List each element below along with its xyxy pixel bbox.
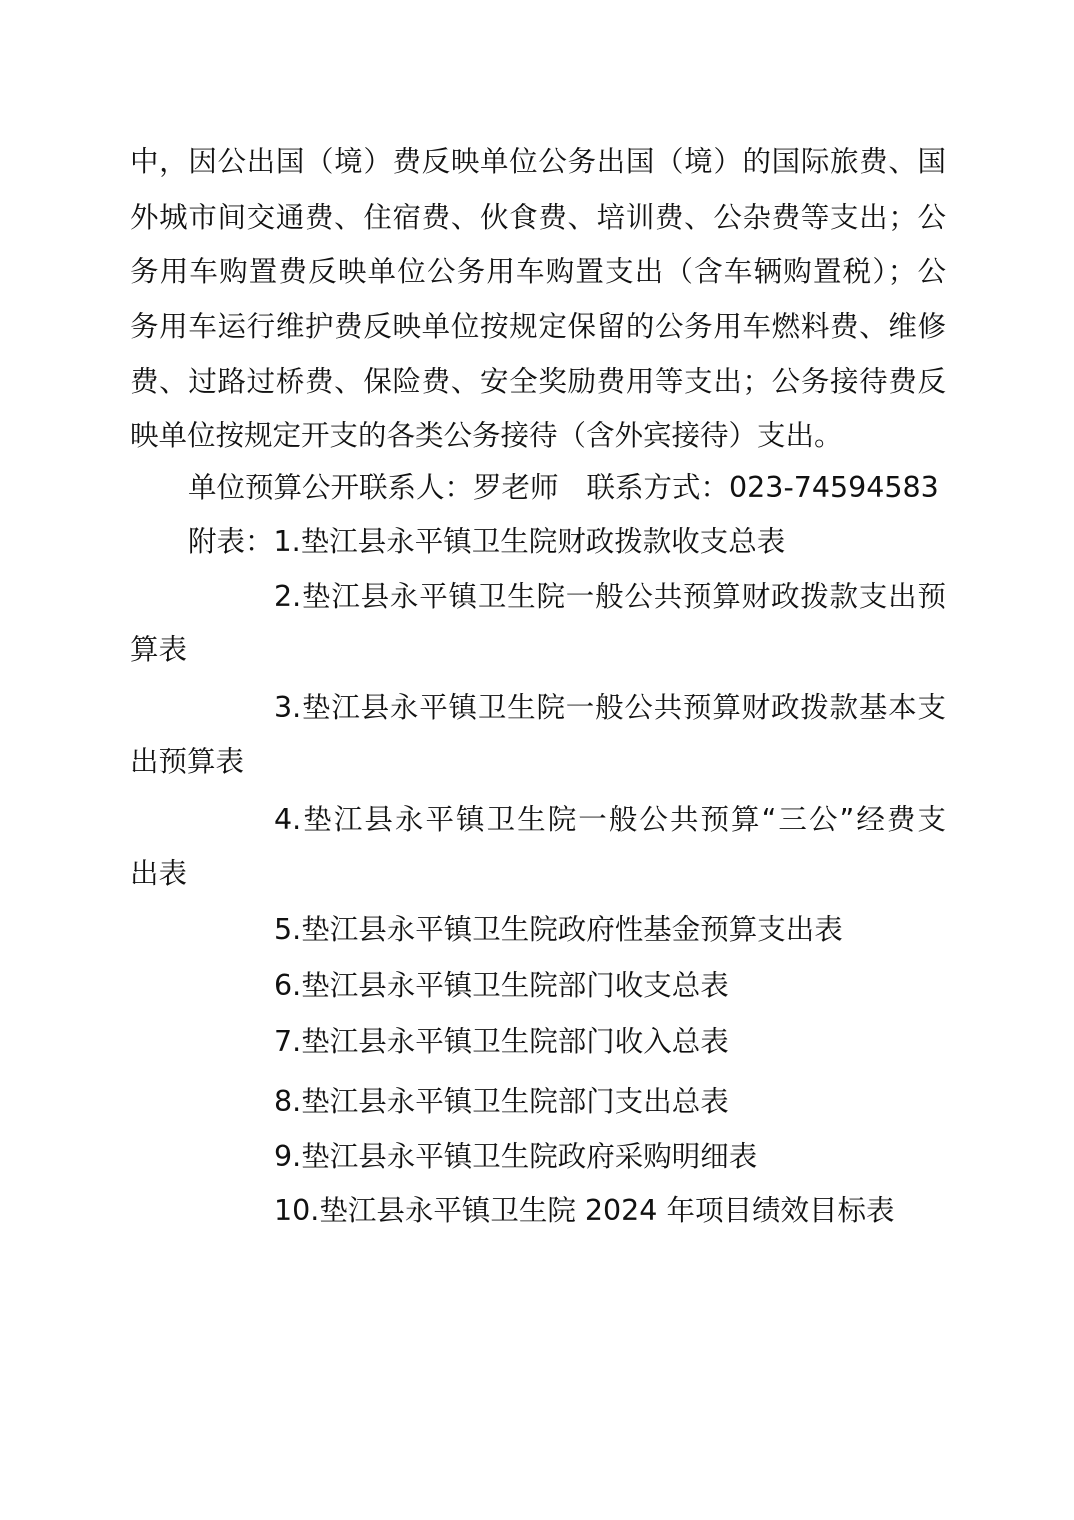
attachment-title: 垫江县永平镇卫生院一般公共预算财政拨款支出预 [301, 580, 946, 613]
attachment-number: 10. [274, 1194, 319, 1227]
attachment-number: 6. [274, 969, 301, 1002]
attachment-title: 垫江县永平镇卫生院一般公共预算“三公”经费支 [301, 803, 946, 836]
attachment-item-3: 3.垫江县永平镇卫生院一般公共预算财政拨款基本支 [274, 688, 946, 728]
contact-line: 单位预算公开联系人：罗老师联系方式：023-74594583 [188, 468, 939, 508]
body-paragraph-line-6: 映单位按规定开支的各类公务接待（含外宾接待）支出。 [130, 416, 843, 456]
attachment-item-7: 7.垫江县永平镇卫生院部门收入总表 [274, 1022, 729, 1062]
attachment-title: 垫江县永平镇卫生院部门支出总表 [301, 1085, 729, 1118]
attachment-title: 垫江县永平镇卫生院部门收入总表 [301, 1025, 729, 1058]
body-paragraph-line-2: 外城市间交通费、住宿费、伙食费、培训费、公杂费等支出；公 [130, 198, 946, 238]
attachment-item-10: 10.垫江县永平镇卫生院 2024 年项目绩效目标表 [274, 1191, 894, 1231]
attachment-item-9: 9.垫江县永平镇卫生院政府采购明细表 [274, 1137, 757, 1177]
contact-method-label: 联系方式： [587, 471, 730, 504]
body-paragraph-line-5: 费、过路过桥费、保险费、安全奖励费用等支出；公务接待费反 [130, 362, 946, 402]
contact-name: 罗老师 [473, 471, 559, 504]
attachment-item-2: 2.垫江县永平镇卫生院一般公共预算财政拨款支出预 [274, 577, 946, 617]
attachment-title: 垫江县永平镇卫生院政府性基金预算支出表 [301, 913, 843, 946]
attachment-number: 1. [274, 525, 301, 558]
body-paragraph-line-4: 务用车运行维护费反映单位按规定保留的公务用车燃料费、维修 [130, 307, 946, 347]
document-page: 中，因公出国（境）费反映单位公务出国（境）的国际旅费、国 外城市间交通费、住宿费… [0, 0, 1074, 1520]
attachment-item-2-continued: 算表 [130, 630, 187, 670]
body-paragraph-line-1: 中，因公出国（境）费反映单位公务出国（境）的国际旅费、国 [130, 142, 946, 182]
attachment-title: 垫江县永平镇卫生院 2024 年项目绩效目标表 [319, 1194, 894, 1227]
attachment-number: 4. [274, 803, 301, 836]
attachment-item-5: 5.垫江县永平镇卫生院政府性基金预算支出表 [274, 910, 843, 950]
attachment-number: 9. [274, 1140, 301, 1173]
attachment-item-3-continued: 出预算表 [130, 742, 244, 782]
attachment-item-8: 8.垫江县永平镇卫生院部门支出总表 [274, 1082, 729, 1122]
body-paragraph-line-3: 务用车购置费反映单位公务用车购置支出（含车辆购置税）；公 [130, 252, 946, 292]
contact-label: 单位预算公开联系人： [188, 471, 473, 504]
attachment-number: 2. [274, 580, 301, 613]
attachment-item-1: 附表：1.垫江县永平镇卫生院财政拨款收支总表 [188, 522, 785, 562]
attachment-title: 垫江县永平镇卫生院部门收支总表 [301, 969, 729, 1002]
attachment-number: 3. [274, 691, 301, 724]
attachment-number: 5. [274, 913, 301, 946]
attachment-item-6: 6.垫江县永平镇卫生院部门收支总表 [274, 966, 729, 1006]
attachment-number: 8. [274, 1085, 301, 1118]
attachment-title: 垫江县永平镇卫生院政府采购明细表 [301, 1140, 757, 1173]
attachment-title: 垫江县永平镇卫生院一般公共预算财政拨款基本支 [301, 691, 946, 724]
attachment-item-4: 4.垫江县永平镇卫生院一般公共预算“三公”经费支 [274, 800, 946, 840]
attachment-number: 7. [274, 1025, 301, 1058]
contact-phone: 023-74594583 [729, 471, 939, 504]
attachment-item-4-continued: 出表 [130, 854, 187, 894]
attachment-title: 垫江县永平镇卫生院财政拨款收支总表 [301, 525, 786, 558]
attachments-label: 附表： [188, 525, 274, 558]
